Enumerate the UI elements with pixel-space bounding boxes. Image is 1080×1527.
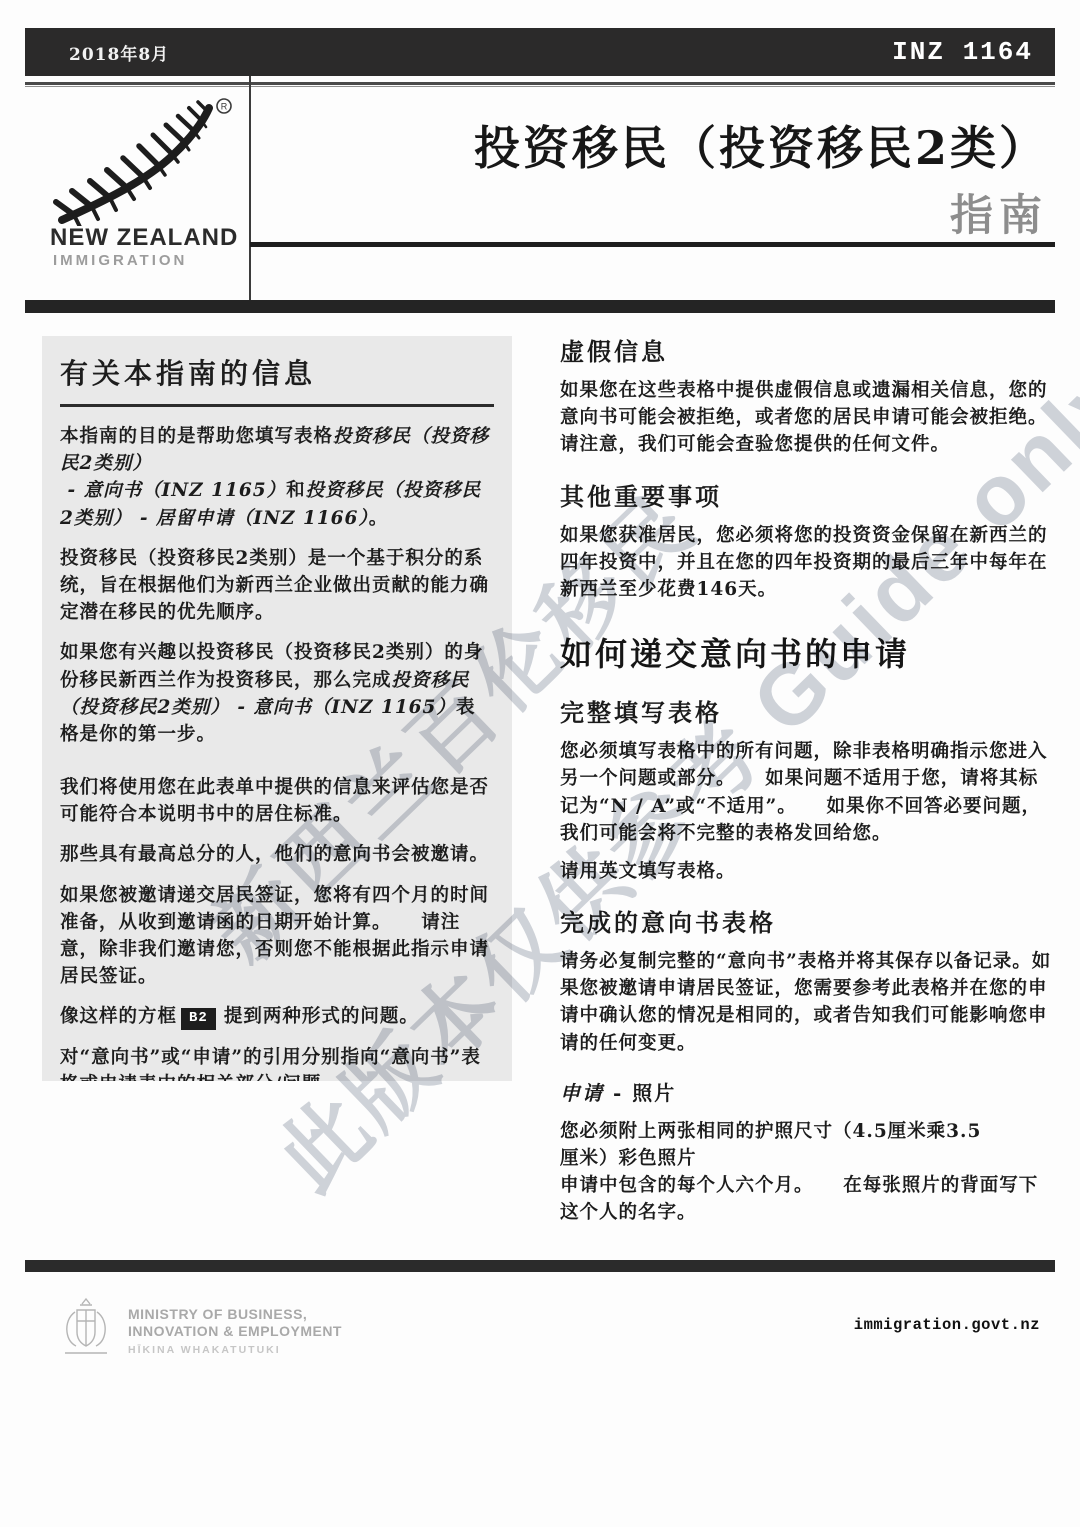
guide-paragraph: 那些具有最高总分的人，他们的意向书会被邀请。 [60, 841, 494, 868]
text-run: 请务必复制完整的“意向书”表格并将其保存以备记录。如果您被邀请申请居民签证，您需… [560, 951, 1051, 1054]
section-paragraph: 您必须填写表格中的所有问题，除非表格明确指示您进入另一个问题或部分。 如果问题不… [560, 738, 1052, 847]
text-run: 您必须附上两张相同的护照尺寸（4.5厘米乘3.5 厘米）彩色照片 申请中包含的每… [560, 1121, 1038, 1224]
section-paragraph: 如果您获准居民，您必须将您的投资资金保留在新西兰的四年投资中，并且在您的四年投资… [560, 522, 1052, 604]
text-run: 您必须填写表格中的所有问题，除非表格明确指示您进入另一个问题或部分。 如果问题不… [560, 741, 1048, 844]
section-heading: 完成的意向书表格 [560, 903, 1052, 938]
section-heading: 其他重要事项 [560, 477, 1052, 512]
section-heading: 虚假信息 [560, 332, 1052, 367]
text-run: 那些具有最高总分的人，他们的意向书会被邀请。 [60, 844, 489, 865]
section-heading: 完整填写表格 [560, 693, 1052, 728]
section-heading: 如何递交意向书的申请 [560, 629, 1052, 675]
form-code: INZ 1164 [892, 37, 1033, 67]
page-title: 投资移民（投资移民2类） [270, 112, 1048, 178]
about-guide-box: 有关本指南的信息 本指南的目的是帮助您填写表格投资移民（投资移民2类别） - 意… [42, 336, 512, 1081]
website-url: immigration.govt.nz [854, 1316, 1040, 1334]
top-header-bar: 2018年8月 INZ 1164 [25, 28, 1055, 76]
text-run: 如果您被邀请递交居民签证，您将有四个月的时间准备，从收到邀请函的日期开始计算。 … [60, 885, 489, 988]
about-guide-heading: 有关本指南的信息 [60, 352, 494, 407]
text-run: 请用英文填写表格。 [560, 861, 736, 882]
section-paragraph: 请务必复制完整的“意向书”表格并将其保存以备记录。如果您被邀请申请居民签证，您需… [560, 948, 1052, 1057]
ministry-name-line2: INNOVATION & EMPLOYMENT [128, 1323, 342, 1340]
ministry-name-line1: MINISTRY OF BUSINESS, [128, 1306, 342, 1323]
registered-mark-icon: R [221, 102, 228, 112]
question-box-label: B2 [181, 1008, 216, 1030]
italic-form-name: 申请 [560, 1081, 604, 1105]
text-run: 像这样的方框 [60, 1006, 177, 1027]
document-page: 2018年8月 INZ 1164 R NEW ZEALAND IMMIGRATI… [0, 0, 1080, 1527]
section-paragraph: 请用英文填写表格。 [560, 858, 1052, 885]
text-run: 投资移民（投资移民2类别）是一个基于积分的系统，旨在根据他们为新西兰企业做出贡献… [60, 548, 489, 623]
section-paragraph: 如果您在这些表格中提供虚假信息或遗漏相关信息，您的意向书可能会被拒绝，或者您的居… [560, 377, 1052, 459]
logo-immigration-text: IMMIGRATION [53, 252, 263, 269]
ministry-maori-name: HĪKINA WHAKATUTUKI [128, 1344, 342, 1356]
header-double-rule [25, 82, 1055, 87]
text-run: 如果您获准居民，您必须将您的投资资金保留在新西兰的四年投资中，并且在您的四年投资… [560, 525, 1048, 600]
title-rule [250, 242, 1055, 247]
guide-paragraph: 本指南的目的是帮助您填写表格投资移民（投资移民2类别） - 意向书（INZ 11… [60, 423, 494, 532]
text-run: - 照片 [604, 1081, 676, 1105]
text-run: 我们将使用您在此表单中提供的信息来评估您是否可能符合本说明书中的居住标准。 [60, 777, 489, 825]
guide-paragraph: 像这样的方框B2提到两种形式的问题。 [60, 1003, 494, 1030]
logo-new-zealand-text: NEW ZEALAND [50, 224, 260, 252]
guide-paragraph: 如果您有兴趣以投资移民（投资移民2类别）的身份移民新西兰作为投资移民，那么完成投… [60, 639, 494, 748]
text-run: 本指南的目的是帮助您填写表格 [60, 426, 333, 447]
text-run: 对“意向书”或“申请”的引用分别指向“意向书”表格或申请表中的相关部分/问题。 [60, 1047, 481, 1081]
header-bottom-bar [25, 300, 1055, 313]
guide-paragraph: 对“意向书”或“申请”的引用分别指向“意向书”表格或申请表中的相关部分/问题。 [60, 1044, 494, 1081]
section-paragraph: 您必须附上两张相同的护照尺寸（4.5厘米乘3.5 厘米）彩色照片 申请中包含的每… [560, 1118, 1052, 1227]
ministry-branding: MINISTRY OF BUSINESS, INNOVATION & EMPLO… [128, 1306, 342, 1356]
text-run: 和 [286, 480, 306, 501]
text-run: 提到两种形式的问题。 [224, 1006, 419, 1027]
section-heading: 申请 - 照片 [560, 1077, 1052, 1106]
text-run: 。 [369, 508, 389, 529]
guide-paragraph: 如果您被邀请递交居民签证，您将有四个月的时间准备，从收到邀请函的日期开始计算。 … [60, 882, 494, 991]
right-column: 虚假信息如果您在这些表格中提供虚假信息或遗漏相关信息，您的意向书可能会被拒绝，或… [560, 332, 1052, 1238]
coat-of-arms-icon [55, 1296, 117, 1356]
footer-bar [25, 1260, 1055, 1272]
page-subtitle: 指南 [270, 182, 1048, 243]
text-run: 如果您在这些表格中提供虚假信息或遗漏相关信息，您的意向书可能会被拒绝，或者您的居… [560, 380, 1077, 455]
silver-fern-logo-icon: R [52, 94, 242, 226]
guide-paragraph: 我们将使用您在此表单中提供的信息来评估您是否可能符合本说明书中的居住标准。 [60, 774, 494, 828]
left-box-paragraphs: 本指南的目的是帮助您填写表格投资移民（投资移民2类别） - 意向书（INZ 11… [60, 423, 494, 1081]
publication-date: 2018年8月 [69, 40, 169, 65]
guide-paragraph: 投资移民（投资移民2类别）是一个基于积分的系统，旨在根据他们为新西兰企业做出贡献… [60, 545, 494, 627]
